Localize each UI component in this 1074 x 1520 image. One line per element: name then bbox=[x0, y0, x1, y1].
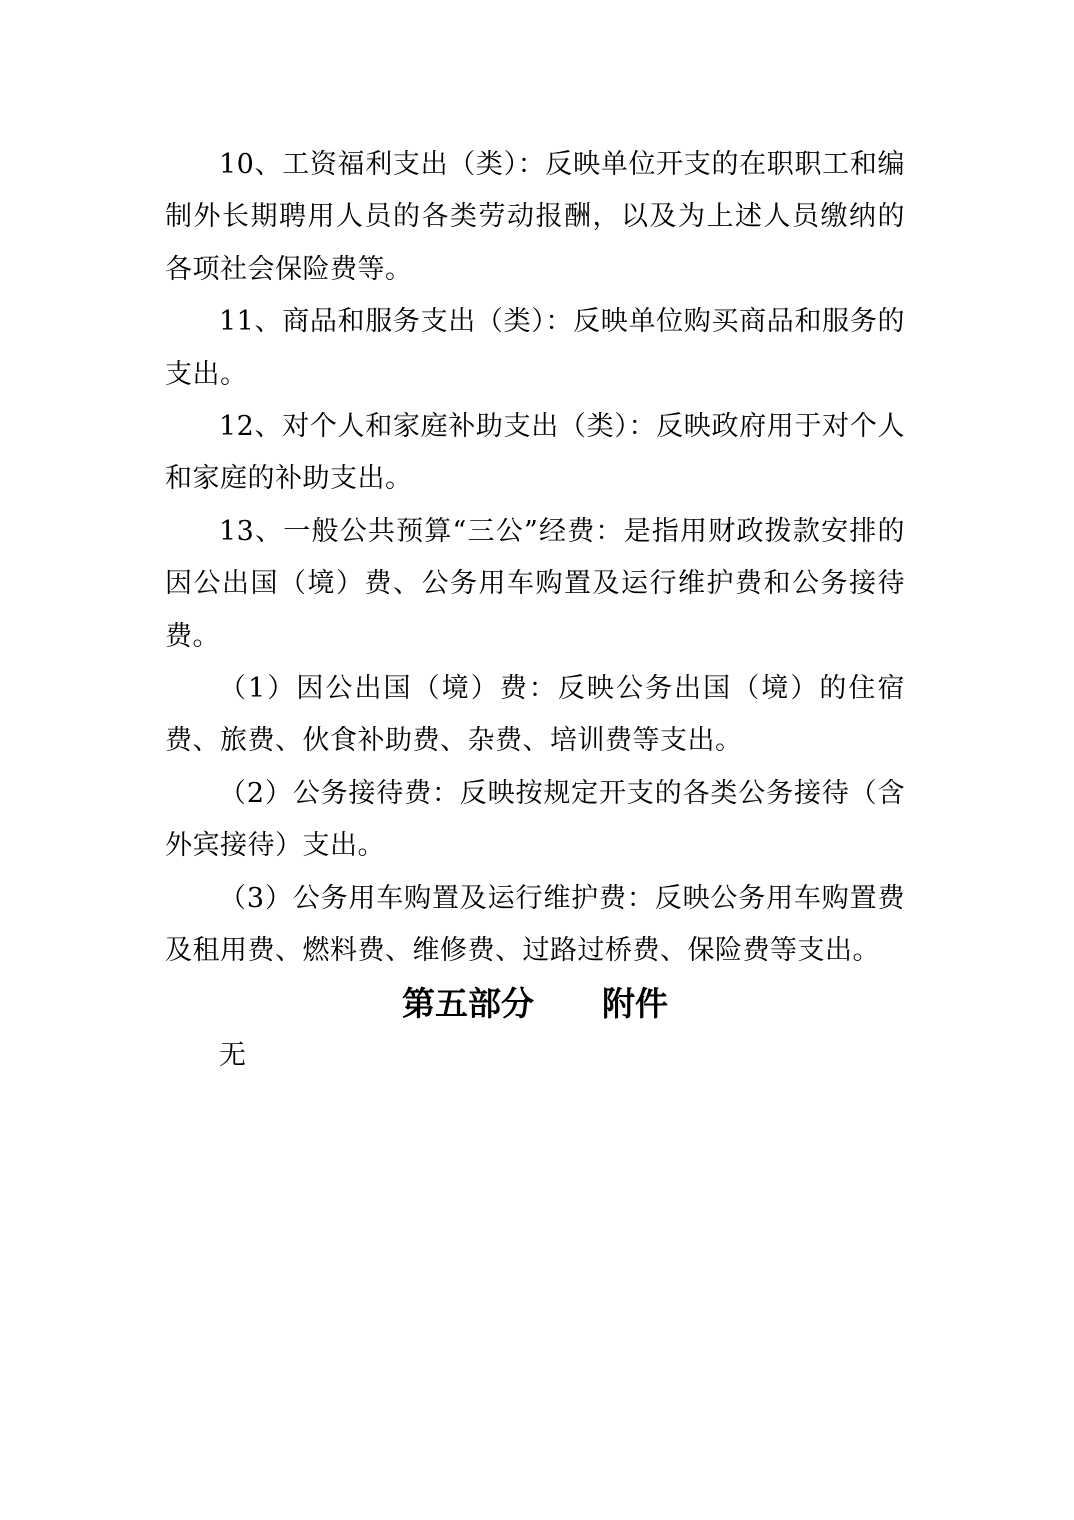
paragraph-item-12: 12、对个人和家庭补助支出（类）：反映政府用于对个人和家庭的补助支出。 bbox=[165, 401, 905, 506]
document-page: 10、工资福利支出（类）：反映单位开支的在职职工和编制外长期聘用人员的各类劳动报… bbox=[0, 0, 1074, 1520]
paragraph-subitem-3: （3）公务用车购置及运行维护费：反映公务用车购置费及租用费、燃料费、维修费、过路… bbox=[165, 873, 905, 978]
document-content: 10、工资福利支出（类）：反映单位开支的在职职工和编制外长期聘用人员的各类劳动报… bbox=[165, 0, 905, 1082]
paragraph-item-10: 10、工资福利支出（类）：反映单位开支的在职职工和编制外长期聘用人员的各类劳动报… bbox=[165, 139, 905, 296]
section-heading: 第五部分附件 bbox=[165, 978, 905, 1030]
paragraph-subitem-1: （1）因公出国（境）费：反映公务出国（境）的住宿费、旅费、伙食补助费、杂费、培训… bbox=[165, 663, 905, 768]
paragraph-item-13: 13、一般公共预算“三公”经费：是指用财政拨款安排的因公出国（境）费、公务用车购… bbox=[165, 506, 905, 663]
section-heading-title: 附件 bbox=[602, 984, 668, 1023]
paragraph-item-11: 11、商品和服务支出（类）：反映单位购买商品和服务的支出。 bbox=[165, 296, 905, 401]
section-heading-part-label: 第五部分 bbox=[402, 984, 534, 1023]
paragraph-subitem-2: （2）公务接待费：反映按规定开支的各类公务接待（含外宾接待）支出。 bbox=[165, 768, 905, 873]
attachment-note: 无 bbox=[165, 1030, 905, 1082]
